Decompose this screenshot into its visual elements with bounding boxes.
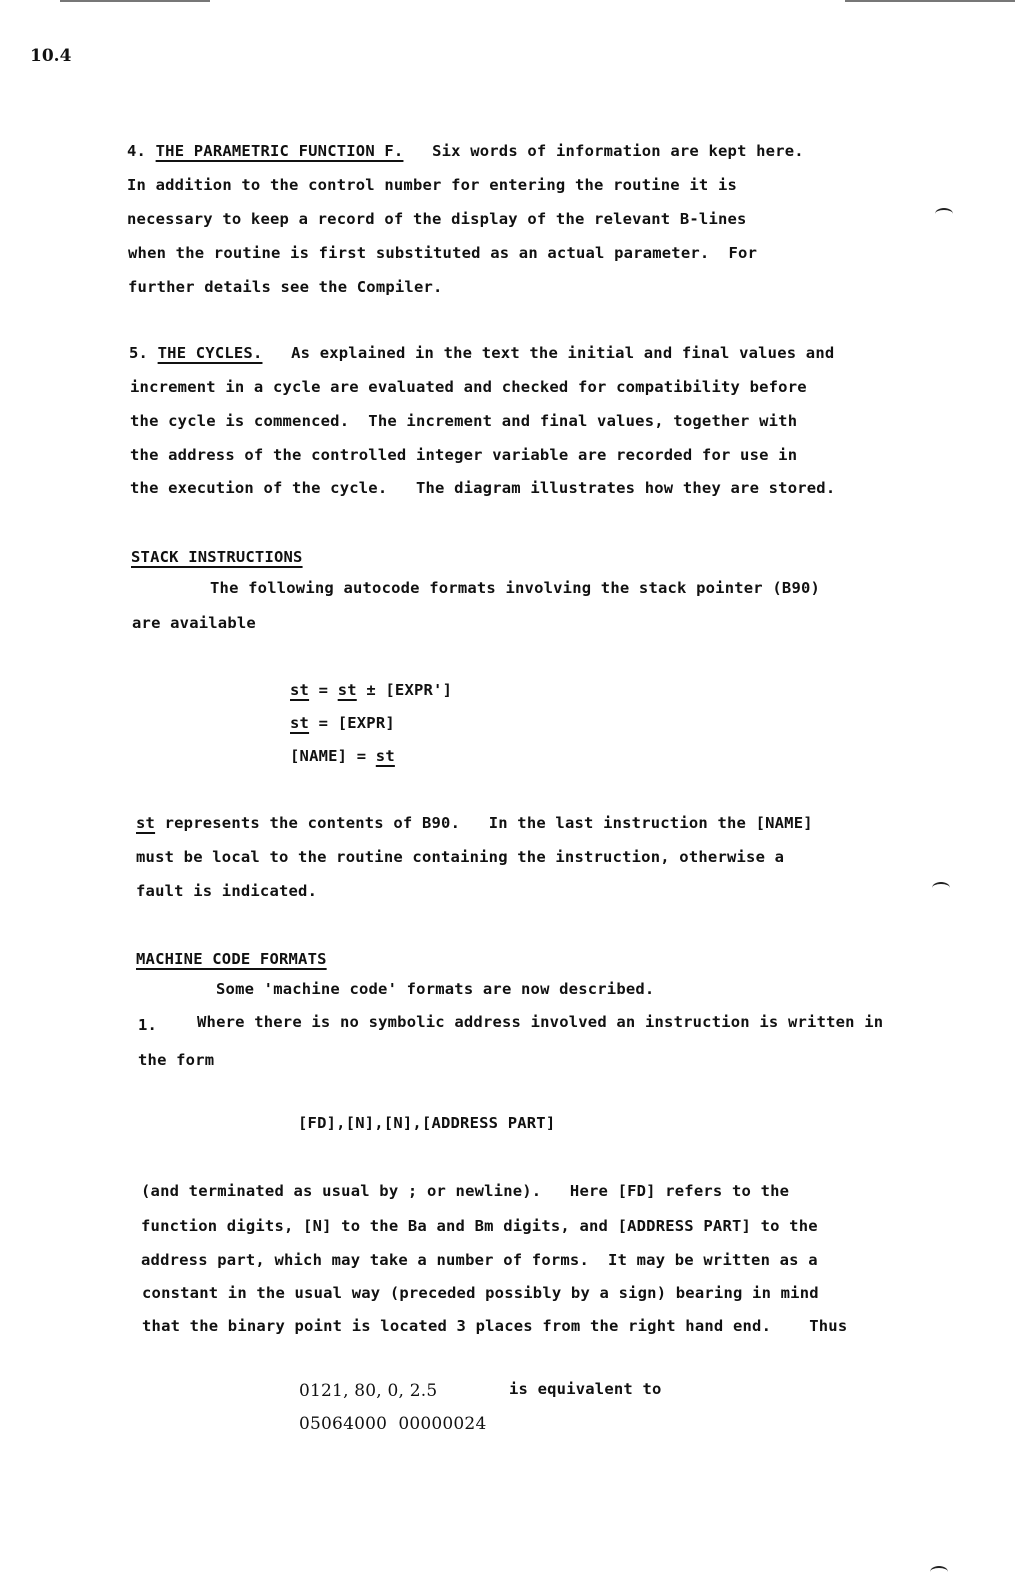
section4-line-1: In addition to the control number for en… (127, 175, 737, 195)
stack-format-2: [NAME] = st (290, 746, 395, 766)
st-symbol: st (376, 747, 395, 765)
example-output: 05064000 00000024 (299, 1414, 486, 1434)
expr-operand: [EXPR] (338, 714, 395, 732)
st-symbol: st (338, 681, 357, 699)
machine-item1-line-0: Where there is no symbolic address invol… (197, 1012, 883, 1032)
margin-mark-icon (930, 1566, 948, 1578)
name-operand: [NAME] = (290, 747, 376, 765)
stack-format-0: st = st ± [EXPR'] (290, 680, 452, 700)
section4-line-0: Six words of information are kept here. (432, 142, 804, 160)
section5-title: THE CYCLES. (158, 344, 263, 362)
st-symbol: st (290, 714, 309, 732)
machine-heading: MACHINE CODE FORMATS (136, 949, 327, 969)
margin-mark-icon (932, 882, 950, 894)
machine-body-0: (and terminated as usual by ; or newline… (141, 1181, 789, 1201)
equals-op: = (309, 714, 338, 732)
section5-number: 5. (129, 344, 148, 362)
stack-intro-1: are available (132, 613, 256, 633)
section4-title: THE PARAMETRIC FUNCTION F. (156, 142, 404, 160)
machine-body-4: that the binary point is located 3 place… (142, 1316, 847, 1336)
section5-line-0: As explained in the text the initial and… (291, 344, 834, 362)
stack-heading: STACK INSTRUCTIONS (131, 547, 303, 567)
stack-note-2: fault is indicated. (136, 881, 317, 901)
section4-heading-line: 4. THE PARAMETRIC FUNCTION F. Six words … (127, 141, 804, 161)
st-symbol: st (290, 681, 309, 699)
stack-note-1: must be local to the routine containing … (136, 847, 784, 867)
section5-line-2: the cycle is commenced. The increment an… (130, 411, 797, 431)
expr-operand: [EXPR'] (376, 681, 452, 699)
stack-format-1: st = [EXPR] (290, 713, 395, 733)
example-input: 0121, 80, 0, 2.5 (299, 1381, 437, 1401)
equals-op: = (309, 681, 338, 699)
machine-intro: Some 'machine code' formats are now desc… (216, 979, 654, 999)
scan-edge-left (60, 0, 210, 2)
section5-heading-line: 5. THE CYCLES. As explained in the text … (129, 343, 834, 363)
section4-line-4: further details see the Compiler. (128, 277, 443, 297)
machine-item1-number: 1. (138, 1015, 157, 1035)
st-symbol: st (136, 814, 155, 832)
machine-body-3: constant in the usual way (preceded poss… (142, 1283, 819, 1303)
stack-note-0: st represents the contents of B90. In th… (136, 813, 813, 833)
section5-line-4: the execution of the cycle. The diagram … (130, 478, 835, 498)
margin-mark-icon (935, 208, 953, 220)
machine-item1-line-1: the form (138, 1050, 214, 1070)
section4-line-2: necessary to keep a record of the displa… (127, 209, 747, 229)
machine-format: [FD],[N],[N],[ADDRESS PART] (298, 1113, 555, 1133)
page-number: 10.4 (30, 46, 71, 66)
scan-edge-right (845, 0, 1015, 2)
stack-note-text: represents the contents of B90. In the l… (155, 814, 813, 832)
document-page: 10.4 4. THE PARAMETRIC FUNCTION F. Six w… (0, 0, 1020, 1591)
section4-line-3: when the routine is first substituted as… (128, 243, 757, 263)
machine-body-2: address part, which may take a number of… (141, 1250, 818, 1270)
plus-minus-sign: ± (366, 681, 376, 699)
section5-line-3: the address of the controlled integer va… (130, 445, 797, 465)
section4-number: 4. (127, 142, 146, 160)
machine-body-1: function digits, [N] to the Ba and Bm di… (141, 1216, 818, 1236)
example-equiv-text: is equivalent to (509, 1379, 662, 1399)
stack-intro-0: The following autocode formats involving… (210, 578, 820, 598)
section5-line-1: increment in a cycle are evaluated and c… (130, 377, 807, 397)
